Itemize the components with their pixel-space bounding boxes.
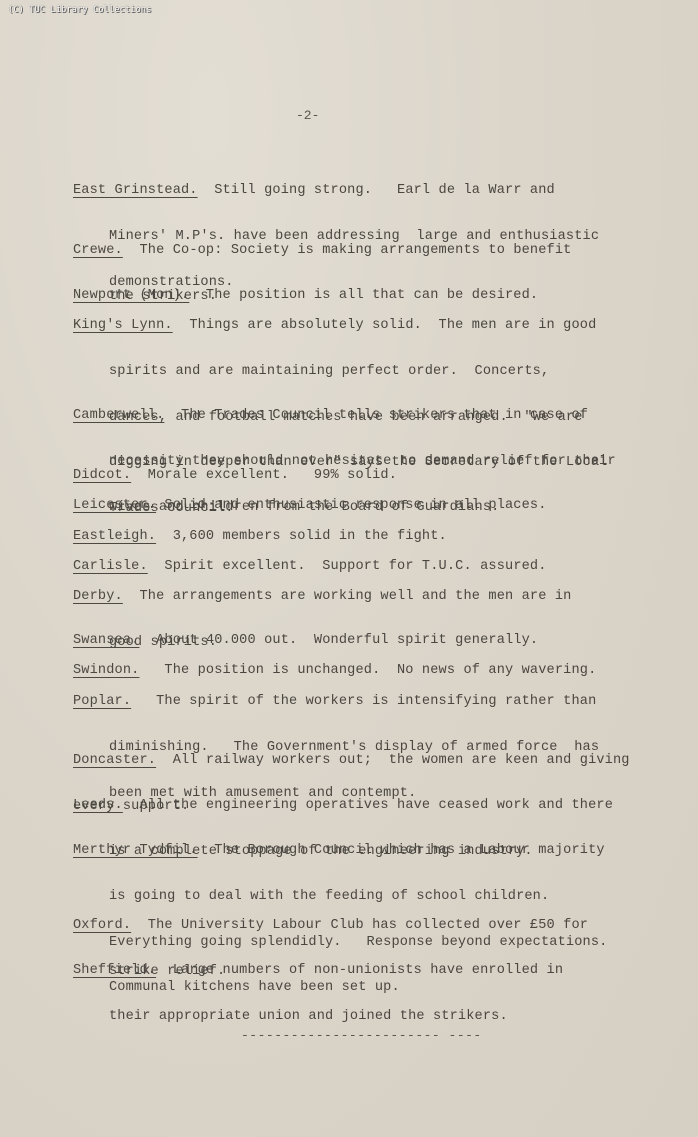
place-name: Oxford. (73, 918, 131, 933)
place-name: Merthyr Tydfil. (73, 843, 198, 858)
place-name: Sheffield. (73, 963, 156, 978)
place-name: Poplar. (73, 694, 131, 709)
place-name: Doncaster. (73, 753, 156, 768)
copyright-watermark: (C) TUC Library Collections (8, 5, 152, 15)
closing-dashed-rule: ------------------------ ---- (241, 1028, 482, 1043)
place-name: East Grinstead. (73, 183, 198, 198)
place-name: Camberwell. (73, 408, 164, 423)
page-number: -2- (296, 108, 319, 123)
place-name: Crewe. (73, 243, 123, 258)
place-name: Leeds. (73, 798, 123, 813)
place-name: King's Lynn. (73, 318, 173, 333)
report-entry-sheffield: Sheffield. Large numbers of non-unionist… (73, 933, 673, 1039)
